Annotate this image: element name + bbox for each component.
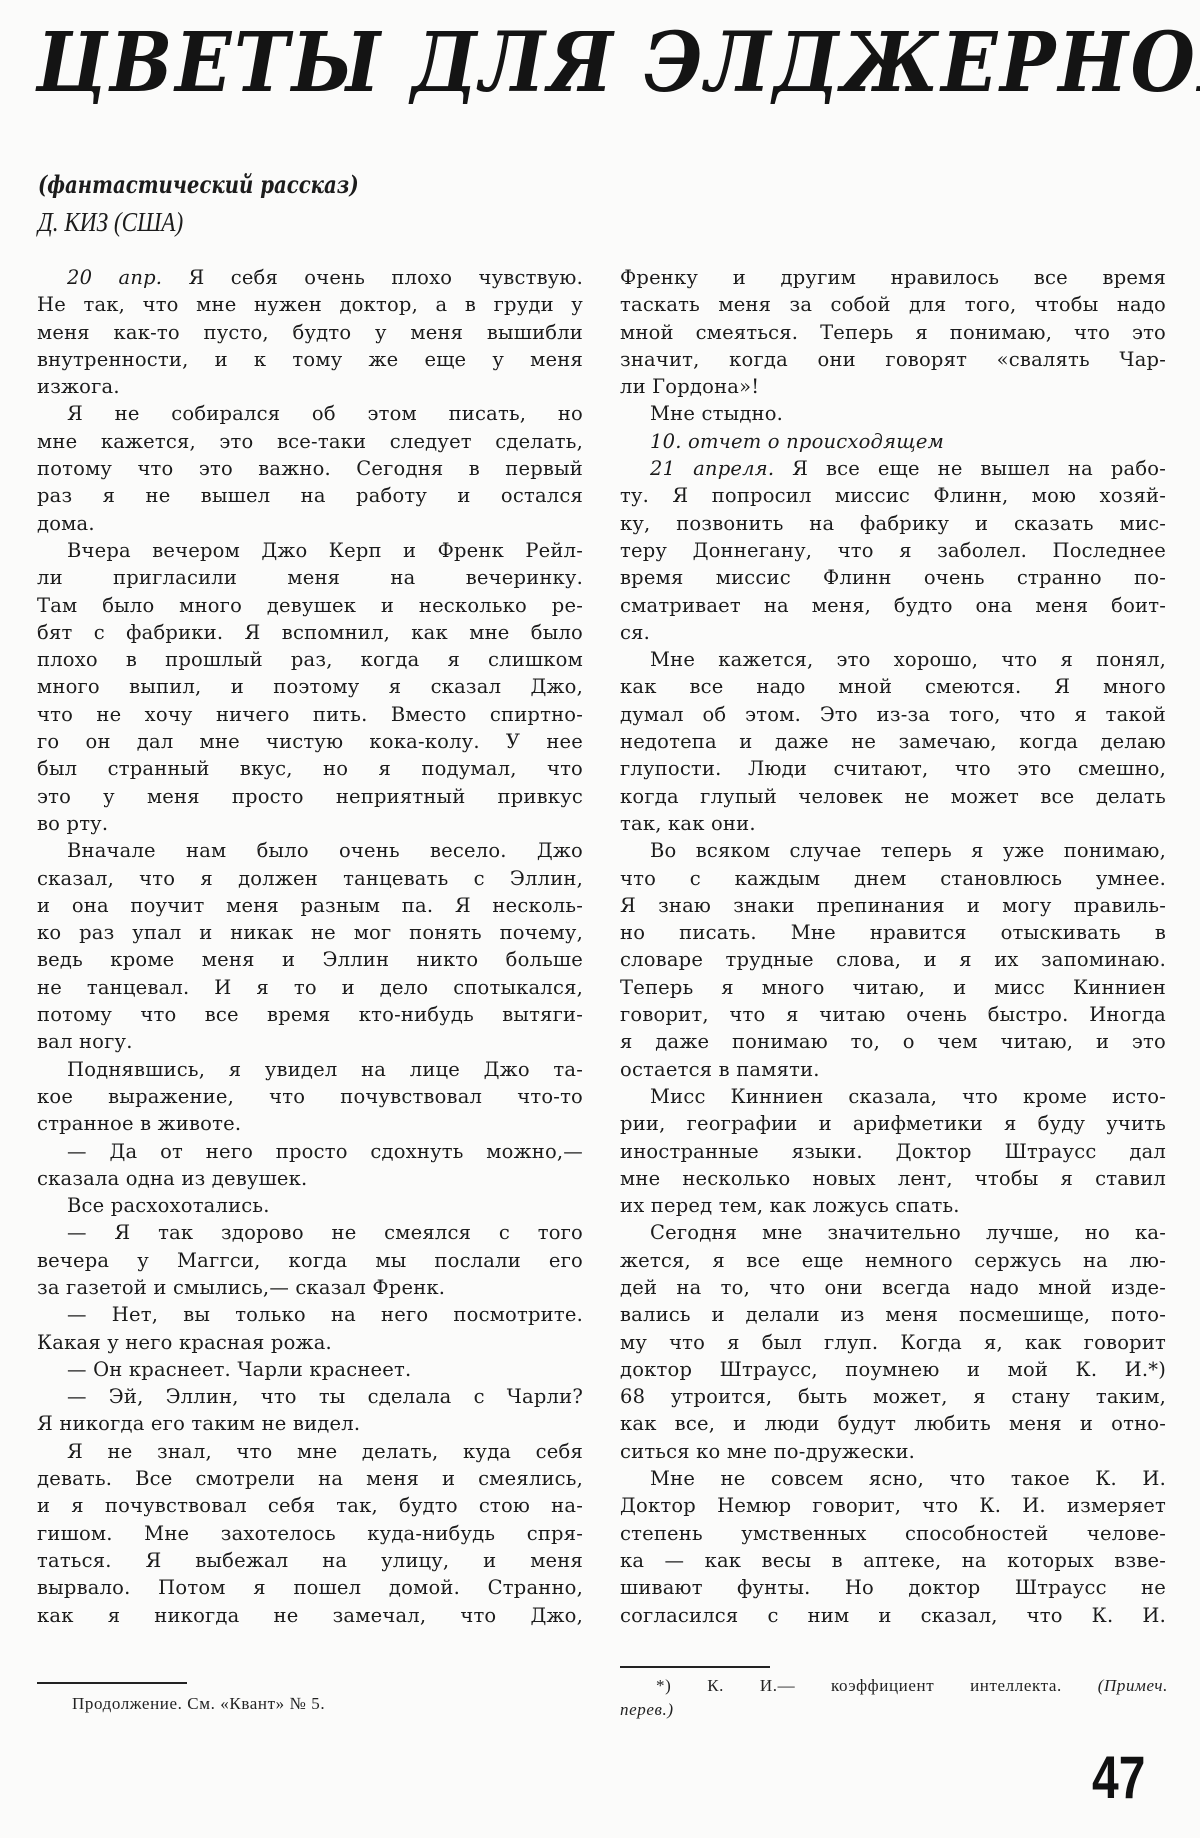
text-line: потому что это важно. Сегодня в первый (37, 455, 583, 482)
text-line: мне кажется, это все-таки следует сделат… (37, 428, 583, 455)
text-line: их перед тем, как ложусь спать. (620, 1192, 1166, 1219)
text-line: странное в животе. (37, 1110, 583, 1137)
text-line: вырвало. Потом я пошел домой. Странно, (37, 1574, 583, 1601)
text-line: Теперь я много читаю, и мисс Кинниен (620, 974, 1166, 1001)
text-line: сказала одна из девушек. (37, 1165, 583, 1192)
text-line: ко раз упал и никак не мог понять почему… (37, 919, 583, 946)
text-line: как все, и люди будут любить меня и отно… (620, 1410, 1166, 1437)
iq-footnote: *) К. И.— коэффициент интеллекта. (Приме… (620, 1674, 1168, 1722)
line-text: я даже понимаю то, о чем читаю, и это (620, 1030, 1166, 1053)
line-text: вались и делали из меня посмешище, пото- (620, 1303, 1166, 1326)
line-text: Поднявшись, я увидел на лице Джо та- (67, 1058, 583, 1081)
text-line: согласился с ним и сказал, что К. И. (620, 1602, 1166, 1629)
text-line: Сегодня мне значительно лучше, но ка- (620, 1219, 1166, 1246)
text-line: гишом. Мне захотелось куда-нибудь спря- (37, 1520, 583, 1547)
iq-footnote-note: (Примеч. (1098, 1676, 1168, 1695)
line-text: мне несколько новых лент, чтобы я ставил (620, 1167, 1166, 1190)
line-text: дей на то, что они всегда надо мной изде… (620, 1276, 1166, 1299)
line-text: потому что все время кто-нибудь вытяги- (37, 1003, 583, 1026)
text-line: му что я был глуп. Когда я, как говорит (620, 1329, 1166, 1356)
text-line: ку, позвонить на фабрику и сказать мис- (620, 510, 1166, 537)
line-text: вырвало. Потом я пошел домой. Странно, (37, 1576, 583, 1599)
text-line: Вначале нам было очень весело. Джо (37, 837, 583, 864)
text-line: — Он краснеет. Чарли краснеет. (37, 1356, 583, 1383)
line-text: доктор Штраусс, поумнею и мой К. И.*) (620, 1358, 1166, 1381)
text-line: недотепа и даже не замечаю, когда делаю (620, 728, 1166, 755)
text-line: Я знаю знаки препинания и могу правиль- (620, 892, 1166, 919)
text-line: — Я так здорово не смеялся с того (37, 1219, 583, 1246)
line-text: во рту. (37, 812, 108, 835)
text-line: вечера у Маггси, когда мы послали его (37, 1247, 583, 1274)
text-line: иностранные языки. Доктор Штраусс дал (620, 1138, 1166, 1165)
text-line: ли пригласили меня на вечеринку. (37, 564, 583, 591)
text-line: словаре трудные слова, и я их запоминаю. (620, 946, 1166, 973)
text-line: 21 апреля. Я все еще не вышел на рабо- (620, 455, 1166, 482)
text-line: Вчера вечером Джо Керп и Френк Рейл- (37, 537, 583, 564)
text-line: плохо в прошлый раз, когда я слишком (37, 646, 583, 673)
entry-date: 20 апр. (67, 266, 162, 289)
text-line: Мне стыдно. (620, 400, 1166, 427)
text-line: 68 утроится, быть может, я стану таким, (620, 1383, 1166, 1410)
line-text: го он дал мне чистую кока-колу. У нее (37, 730, 583, 753)
line-text: гишом. Мне захотелось куда-нибудь спря- (37, 1522, 583, 1545)
line-text: глупости. Люди считают, что это смешно, (620, 757, 1166, 780)
line-text: вал ногу. (37, 1030, 133, 1053)
line-text: словаре трудные слова, и я их запоминаю. (620, 948, 1166, 971)
text-line: во рту. (37, 810, 583, 837)
line-text: ли пригласили меня на вечеринку. (37, 566, 583, 589)
text-line: кое выражение, что почувствовал что-то (37, 1083, 583, 1110)
line-text: внутренности, и к тому же еще у меня (37, 348, 583, 371)
text-line: теру Доннегану, что я заболел. Последнее (620, 537, 1166, 564)
line-text: теру Доннегану, что я заболел. Последнее (620, 539, 1166, 562)
text-line: что не хочу ничего пить. Вместо спиртно- (37, 701, 583, 728)
line-text: ся. (620, 621, 650, 644)
line-text: таться. Я выбежал на улицу, и меня (37, 1549, 583, 1572)
line-text: думал об этом. Это из-за того, что я так… (620, 703, 1166, 726)
line-text: таскать меня за собой для того, чтобы на… (620, 293, 1166, 316)
text-line: не танцевал. И я то и дело спотыкался, (37, 974, 583, 1001)
text-line: шивают фунты. Но доктор Штраусс не (620, 1574, 1166, 1601)
line-text: Я себя очень плохо чувствую. (162, 266, 583, 289)
line-text: меня как-то пусто, будто у меня вышибли (37, 321, 583, 344)
text-line: сматривает на меня, будто она меня боит- (620, 592, 1166, 619)
text-line: Поднявшись, я увидел на лице Джо та- (37, 1056, 583, 1083)
line-text: их перед тем, как ложусь спать. (620, 1194, 960, 1217)
line-text: Теперь я много читаю, и мисс Кинниен (620, 976, 1166, 999)
line-text: Я знаю знаки препинания и могу правиль- (620, 894, 1166, 917)
line-text: что не хочу ничего пить. Вместо спиртно- (37, 703, 583, 726)
line-text: Я не знал, что мне делать, куда себя (67, 1440, 583, 1463)
line-text: Все расхохотались. (67, 1194, 270, 1217)
line-text: ситься ко мне по-дружески. (620, 1440, 915, 1463)
text-line: был странный вкус, но я подумал, что (37, 755, 583, 782)
line-text: жется, я все еще немного сержусь на лю- (620, 1249, 1166, 1272)
line-text: 68 утроится, быть может, я стану таким, (620, 1385, 1166, 1408)
line-text: ту. Я попросил миссис Флинн, мою хозяй- (620, 484, 1166, 507)
text-line: Какая у него красная рожа. (37, 1329, 583, 1356)
text-line: глупости. Люди считают, что это смешно, (620, 755, 1166, 782)
text-line: доктор Штраусс, поумнею и мой К. И.*) (620, 1356, 1166, 1383)
text-line: степень умственных способностей челове- (620, 1520, 1166, 1547)
text-line: — Эй, Эллин, что ты сделала с Чарли? (37, 1383, 583, 1410)
line-text: девать. Все смотрели на меня и смеялись, (37, 1467, 583, 1490)
line-text: рии, географии и арифметики я буду учить (620, 1112, 1166, 1135)
line-text: — Нет, вы только на него посмотрите. (67, 1303, 583, 1326)
line-text: 10. отчет о происходящем (650, 430, 944, 453)
line-text: значит, когда они говорят «свалять Чар- (620, 348, 1166, 371)
text-line: рии, географии и арифметики я буду учить (620, 1110, 1166, 1137)
line-text: Не так, что мне нужен доктор, а в груди … (37, 293, 583, 316)
line-text: мне кажется, это все-таки следует сделат… (37, 430, 583, 453)
text-line: Я никогда его таким не видел. (37, 1410, 583, 1437)
line-text: Я не собирался об этом писать, но (67, 402, 583, 425)
text-line: — Нет, вы только на него посмотрите. (37, 1301, 583, 1328)
text-line: потому что все время кто-нибудь вытяги- (37, 1001, 583, 1028)
page-number: 47 (1092, 1748, 1145, 1808)
iq-footnote-text: *) К. И.— коэффициент интеллекта. (656, 1676, 1098, 1695)
text-line: раз я не вышел на работу и остался (37, 482, 583, 509)
line-text: бят с фабрики. Я вспомнил, как мне было (37, 621, 583, 644)
line-text: — Я так здорово не смеялся с того (67, 1221, 583, 1244)
line-text: мной смеяться. Теперь я понимаю, что это (620, 321, 1166, 344)
line-text: не танцевал. И я то и дело спотыкался, (37, 976, 583, 999)
line-text: ка — как весы в аптеке, на которых взве- (620, 1549, 1166, 1572)
line-text: сказала одна из девушек. (37, 1167, 307, 1190)
text-line: что с каждым днем становлюсь умнее. (620, 865, 1166, 892)
text-line: Во всяком случае теперь я уже понимаю, (620, 837, 1166, 864)
line-text: Мисс Кинниен сказала, что кроме исто- (650, 1085, 1166, 1108)
text-line: изжога. (37, 373, 583, 400)
text-line: это у меня просто неприятный привкус (37, 783, 583, 810)
text-line: Все расхохотались. (37, 1192, 583, 1219)
text-line: Мне не совсем ясно, что такое К. И. (620, 1465, 1166, 1492)
line-text: ведь кроме меня и Эллин никто больше (37, 948, 583, 971)
text-line: Доктор Немюр говорит, что К. И. измеряет (620, 1492, 1166, 1519)
continuation-note: Продолжение. См. «Квант» № 5. (72, 1694, 325, 1714)
line-text: сказал, что я должен танцевать с Эллин, (37, 867, 583, 890)
text-line: ся. (620, 619, 1166, 646)
left-column: 20 апр. Я себя очень плохо чувствую.Не т… (37, 264, 583, 1629)
text-line: жется, я все еще немного сержусь на лю- (620, 1247, 1166, 1274)
line-text: за газетой и смылись,— сказал Френк. (37, 1276, 445, 1299)
footnote-divider-left (37, 1682, 187, 1684)
text-line: ситься ко мне по-дружески. (620, 1438, 1166, 1465)
line-text: иностранные языки. Доктор Штраусс дал (620, 1140, 1166, 1163)
text-line: дома. (37, 510, 583, 537)
line-text: как все надо мной смеются. Я много (620, 675, 1166, 698)
text-line: так, как они. (620, 810, 1166, 837)
line-text: кое выражение, что почувствовал что-то (37, 1085, 583, 1108)
text-line: остается в памяти. (620, 1056, 1166, 1083)
text-line: я даже понимаю то, о чем читаю, и это (620, 1028, 1166, 1055)
text-line: таться. Я выбежал на улицу, и меня (37, 1547, 583, 1574)
line-text: как я никогда не замечал, что Джо, (37, 1604, 583, 1627)
line-text: когда глупый человек не может все делать (620, 785, 1166, 808)
line-text: Мне стыдно. (650, 402, 783, 425)
text-line: мной смеяться. Теперь я понимаю, что это (620, 319, 1166, 346)
line-text: — Да от него просто сдохнуть можно,— (67, 1140, 583, 1163)
line-text: говорит, что я читаю очень быстро. Иногд… (620, 1003, 1166, 1026)
article-author: Д. КИЗ (США) (38, 207, 183, 238)
article-title: ЦВЕТЫ ДЛЯ ЭЛДЖЕРНОНА (36, 22, 1200, 104)
line-text: Доктор Немюр говорит, что К. И. измеряет (620, 1494, 1166, 1517)
text-line: ту. Я попросил миссис Флинн, мою хозяй- (620, 482, 1166, 509)
text-line: Не так, что мне нужен доктор, а в груди … (37, 291, 583, 318)
line-text: раз я не вышел на работу и остался (37, 484, 583, 507)
entry-date: 21 апреля. (650, 457, 774, 480)
text-line: внутренности, и к тому же еще у меня (37, 346, 583, 373)
text-line: но писать. Мне нравится отыскивать в (620, 919, 1166, 946)
line-text: шивают фунты. Но доктор Штраусс не (620, 1576, 1166, 1599)
line-text: сматривает на меня, будто она меня боит- (620, 594, 1166, 617)
text-line: Я не знал, что мне делать, куда себя (37, 1438, 583, 1465)
line-text: но писать. Мне нравится отыскивать в (620, 921, 1166, 944)
footnote-divider-right (620, 1666, 770, 1668)
text-line: ка — как весы в аптеке, на которых взве- (620, 1547, 1166, 1574)
iq-footnote-line-1: *) К. И.— коэффициент интеллекта. (Приме… (620, 1674, 1168, 1698)
text-line: го он дал мне чистую кока-колу. У нее (37, 728, 583, 755)
text-line: — Да от него просто сдохнуть можно,— (37, 1138, 583, 1165)
line-text: — Он краснеет. Чарли краснеет. (67, 1358, 411, 1381)
text-line: Там было много девушек и несколько ре- (37, 592, 583, 619)
line-text: Мне кажется, это хорошо, что я понял, (650, 648, 1166, 671)
text-line: ведь кроме меня и Эллин никто больше (37, 946, 583, 973)
line-text: вечера у Маггси, когда мы послали его (37, 1249, 583, 1272)
line-text: остается в памяти. (620, 1058, 820, 1081)
text-line: вались и делали из меня посмешище, пото- (620, 1301, 1166, 1328)
line-text: Я все еще не вышел на рабо- (774, 457, 1166, 480)
line-text: согласился с ним и сказал, что К. И. (620, 1604, 1166, 1627)
line-text: как все, и люди будут любить меня и отно… (620, 1412, 1166, 1435)
line-text: недотепа и даже не замечаю, когда делаю (620, 730, 1166, 753)
line-text: Вчера вечером Джо Керп и Френк Рейл- (67, 539, 583, 562)
text-line: девать. Все смотрели на меня и смеялись, (37, 1465, 583, 1492)
line-text: Там было много девушек и несколько ре- (37, 594, 583, 617)
text-line: как я никогда не замечал, что Джо, (37, 1602, 583, 1629)
text-line: бят с фабрики. Я вспомнил, как мне было (37, 619, 583, 646)
line-text: Какая у него красная рожа. (37, 1331, 332, 1354)
text-line: 20 апр. Я себя очень плохо чувствую. (37, 264, 583, 291)
line-text: ли Гордона»! (620, 375, 759, 398)
line-text: странное в животе. (37, 1112, 241, 1135)
text-line: Френку и другим нравилось все время (620, 264, 1166, 291)
text-line: меня как-то пусто, будто у меня вышибли (37, 319, 583, 346)
line-text: му что я был глуп. Когда я, как говорит (620, 1331, 1166, 1354)
text-line: таскать меня за собой для того, чтобы на… (620, 291, 1166, 318)
text-line: мне несколько новых лент, чтобы я ставил (620, 1165, 1166, 1192)
text-line: Мне кажется, это хорошо, что я понял, (620, 646, 1166, 673)
line-text: Вначале нам было очень весело. Джо (67, 839, 583, 862)
line-text: и она поучит меня разным па. Я несколь- (37, 894, 583, 917)
line-text: так, как они. (620, 812, 756, 835)
line-text: — Эй, Эллин, что ты сделала с Чарли? (67, 1385, 583, 1408)
text-line: время миссис Флинн очень странно по- (620, 564, 1166, 591)
text-line: значит, когда они говорят «свалять Чар- (620, 346, 1166, 373)
text-line: говорит, что я читаю очень быстро. Иногд… (620, 1001, 1166, 1028)
text-line: за газетой и смылись,— сказал Френк. (37, 1274, 583, 1301)
line-text: и я почувствовал себя так, будто стою на… (37, 1494, 583, 1517)
line-text: это у меня просто неприятный привкус (37, 785, 583, 808)
iq-footnote-line-2: перев.) (620, 1698, 1168, 1722)
text-line: сказал, что я должен танцевать с Эллин, (37, 865, 583, 892)
line-text: потому что это важно. Сегодня в первый (37, 457, 583, 480)
text-line: когда глупый человек не может все делать (620, 783, 1166, 810)
line-text: Я никогда его таким не видел. (37, 1412, 360, 1435)
text-line: как все надо мной смеются. Я много (620, 673, 1166, 700)
text-line: думал об этом. Это из-за того, что я так… (620, 701, 1166, 728)
text-line: и она поучит меня разным па. Я несколь- (37, 892, 583, 919)
line-text: что с каждым днем становлюсь умнее. (620, 867, 1166, 890)
line-text: ку, позвонить на фабрику и сказать мис- (620, 512, 1166, 535)
line-text: дома. (37, 512, 95, 535)
line-text: Мне не совсем ясно, что такое К. И. (650, 1467, 1166, 1490)
line-text: плохо в прошлый раз, когда я слишком (37, 648, 583, 671)
text-line: ли Гордона»! (620, 373, 1166, 400)
text-line: Я не собирался об этом писать, но (37, 400, 583, 427)
line-text: Сегодня мне значительно лучше, но ка- (650, 1221, 1166, 1244)
text-line: вал ногу. (37, 1028, 583, 1055)
text-line: и я почувствовал себя так, будто стою на… (37, 1492, 583, 1519)
article-subtitle: (фантастический рассказ) (38, 170, 359, 199)
text-line: 10. отчет о происходящем (620, 428, 1166, 455)
text-line: много выпил, и поэтому я сказал Джо, (37, 673, 583, 700)
text-line: дей на то, что они всегда надо мной изде… (620, 1274, 1166, 1301)
right-column: Френку и другим нравилось все времятаска… (620, 264, 1166, 1629)
line-text: ко раз упал и никак не мог понять почему… (37, 921, 583, 944)
line-text: Во всяком случае теперь я уже понимаю, (650, 839, 1166, 862)
line-text: степень умственных способностей челове- (620, 1522, 1166, 1545)
line-text: время миссис Флинн очень странно по- (620, 566, 1166, 589)
text-line: Мисс Кинниен сказала, что кроме исто- (620, 1083, 1166, 1110)
line-text: много выпил, и поэтому я сказал Джо, (37, 675, 583, 698)
line-text: был странный вкус, но я подумал, что (37, 757, 583, 780)
line-text: изжога. (37, 375, 120, 398)
line-text: Френку и другим нравилось все время (620, 266, 1166, 289)
